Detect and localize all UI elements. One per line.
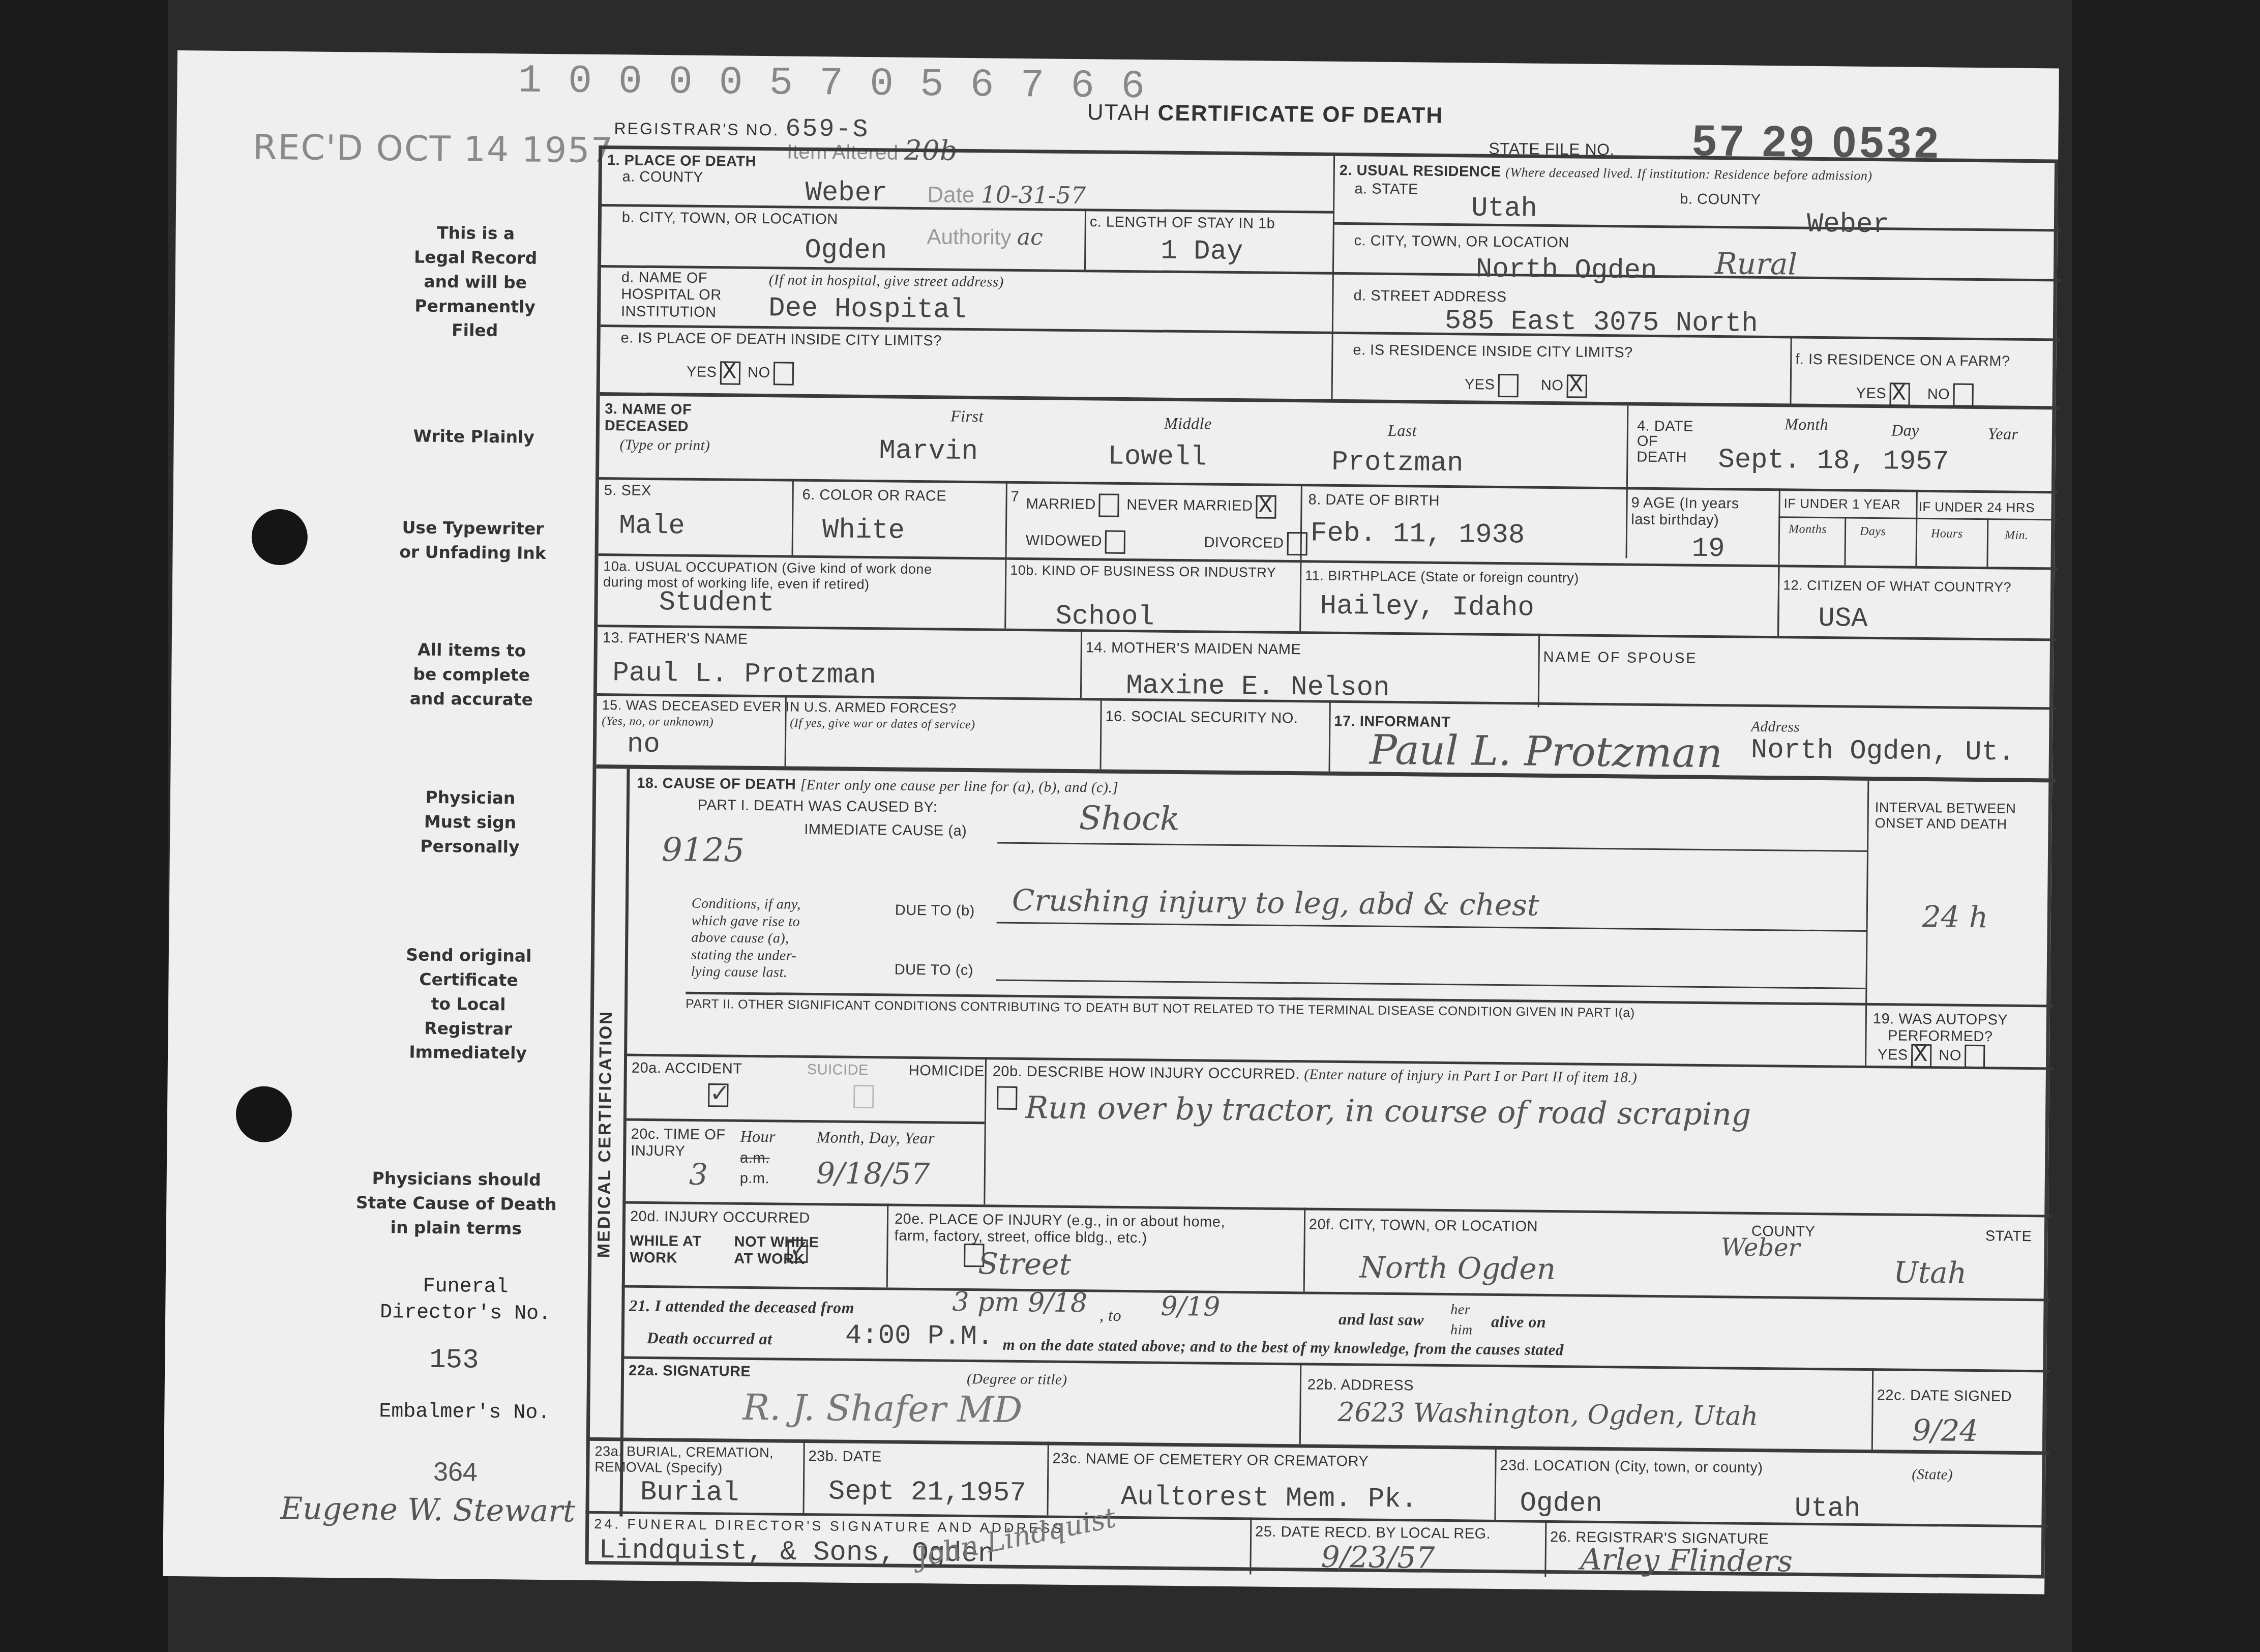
pod-inside-city-no-checkbox[interactable] xyxy=(773,362,793,385)
am-label: a.m. xyxy=(740,1150,770,1167)
margin-note-legal-record: This is a Legal Record and will be Perma… xyxy=(399,220,552,343)
marital-row-2: WIDOWED DIVORCED xyxy=(1026,529,1311,555)
divider xyxy=(586,1437,2049,1455)
divider xyxy=(1986,518,1988,567)
hour-field[interactable]: 3 xyxy=(689,1157,708,1192)
divider xyxy=(1334,222,2061,232)
middle-name-label: Middle xyxy=(1164,414,1212,433)
not-while-at-work-label: NOT WHILE AT WORK xyxy=(734,1234,819,1268)
divider xyxy=(802,1439,805,1513)
middle-name-field[interactable]: Lowell xyxy=(1108,441,1207,474)
married-checkbox[interactable] xyxy=(1099,493,1119,517)
degree-label: (Degree or title) xyxy=(967,1371,1067,1389)
hospital-label: d. NAME OF HOSPITAL OR INSTITUTION xyxy=(621,269,722,321)
embalmer-no-label: Embalmer's No. xyxy=(368,1400,561,1425)
birthplace-label: 11. BIRTHPLACE (State or foreign country… xyxy=(1305,568,1579,586)
place-of-injury-label: 20e. PLACE OF INJURY (e.g., in or about … xyxy=(895,1211,1226,1248)
divider xyxy=(792,479,794,555)
pod-inside-city-options: YES NO xyxy=(687,361,797,386)
burial-method-label: 23a. BURIAL, CREMATION, REMOVAL (Specify… xyxy=(594,1443,774,1477)
while-at-work-label: WHILE AT WORK xyxy=(630,1233,702,1267)
suicide-label: SUICIDE xyxy=(807,1061,869,1079)
date-recd-field[interactable]: 9/23/57 xyxy=(1321,1540,1435,1575)
divider xyxy=(1303,1207,1306,1291)
yes-label: YES xyxy=(1856,385,1887,402)
dob-label: 8. DATE OF BIRTH xyxy=(1308,491,1440,510)
mother-field[interactable]: Maxine E. Nelson xyxy=(1126,670,1390,704)
res-state-field[interactable]: Utah xyxy=(1471,193,1537,224)
pod-inside-city-label: e. IS PLACE OF DEATH INSIDE CITY LIMITS? xyxy=(620,330,942,349)
pod-county-label: a. COUNTY xyxy=(622,168,703,186)
armed-forces-field[interactable]: no xyxy=(627,729,660,761)
injury-date-field[interactable]: 9/18/57 xyxy=(816,1156,930,1191)
never-married-label: NEVER MARRIED xyxy=(1126,497,1253,514)
interval-field[interactable]: 24 h xyxy=(1922,899,1988,934)
cause-code: 9125 xyxy=(662,831,745,870)
divider xyxy=(1538,634,1540,707)
divider xyxy=(1299,1363,1302,1444)
length-of-stay-label: c. LENGTH OF STAY IN 1b xyxy=(1090,214,1275,232)
armed-forces-hint-b: (If yes, give war or dates of service) xyxy=(790,717,975,732)
funeral-director-no: 153 xyxy=(429,1345,479,1376)
place-of-injury-field[interactable]: Street xyxy=(978,1246,1071,1282)
death-time-field[interactable]: 4:00 P.M. xyxy=(845,1320,994,1353)
farm-yes-checkbox[interactable] xyxy=(1889,382,1910,406)
attended-label: 21. I attended the deceased from xyxy=(629,1296,854,1317)
min-label: Min. xyxy=(2005,529,2029,543)
embalmer-signature: Eugene W. Stewart xyxy=(280,1491,575,1529)
informant-address-field[interactable]: North Ogden, Ut. xyxy=(1751,735,2015,769)
no-label: NO xyxy=(748,364,770,380)
res-inside-city-options: YES NO xyxy=(1465,373,1590,398)
hospital-hint: (If not in hospital, give street address… xyxy=(769,272,1004,291)
sex-field[interactable]: Male xyxy=(619,510,685,542)
res-inside-city-no-checkbox[interactable] xyxy=(1566,374,1587,398)
res-inside-city-label: e. IS RESIDENCE INSIDE CITY LIMITS? xyxy=(1353,342,1633,362)
first-name-field[interactable]: Marvin xyxy=(879,435,978,467)
under-24-hrs-label: IF UNDER 24 HRS xyxy=(1918,499,2035,516)
no-label: NO xyxy=(1927,386,1950,402)
month-label: Month xyxy=(1785,415,1828,434)
punch-hole-bottom xyxy=(235,1086,292,1142)
injury-county-field[interactable]: Weber xyxy=(1720,1233,1800,1262)
death-statement: m on the date stated above; and to the b… xyxy=(1002,1336,1563,1359)
divider xyxy=(1865,781,1869,1066)
margin-note-complete: All items to be complete and accurate xyxy=(390,637,553,712)
birthplace-field[interactable]: Hailey, Idaho xyxy=(1320,591,1534,624)
serial-number: 1000057056766 xyxy=(518,58,1171,109)
divider xyxy=(1544,1520,1547,1577)
autopsy-label: 19. WAS AUTOPSY PERFORMED? xyxy=(1872,1011,2008,1046)
divider xyxy=(1299,484,1302,631)
punch-hole-top xyxy=(251,509,308,565)
age-field[interactable]: 19 xyxy=(1691,534,1724,565)
divider xyxy=(623,1118,985,1125)
interval-label: INTERVAL BETWEEN ONSET AND DEATH xyxy=(1875,800,2016,833)
res-city-label: c. CITY, TOWN, OR LOCATION xyxy=(1354,232,1569,251)
armed-forces-label: 15. WAS DECEASED EVER IN U.S. ARMED FORC… xyxy=(602,697,957,717)
divider xyxy=(1494,1446,1496,1520)
last-name-label: Last xyxy=(1388,421,1417,440)
divider xyxy=(997,842,1867,852)
place-of-death-heading: 1. PLACE OF DEATH xyxy=(607,152,756,170)
death-occurred-label: Death occurred at xyxy=(647,1329,772,1348)
ssn-label: 16. SOCIAL SECURITY NO. xyxy=(1105,709,1298,727)
registrar-signature: Arley Flinders xyxy=(1580,1542,1793,1579)
res-inside-city-yes-checkbox[interactable] xyxy=(1498,374,1518,397)
funeral-director-signature: John Lindquist xyxy=(913,1501,1119,1573)
occupation-field[interactable]: Student xyxy=(659,587,774,619)
first-name-label: First xyxy=(950,407,984,426)
margin-note-send-original: Send original Certificate to Local Regis… xyxy=(381,942,555,1066)
injury-state-field[interactable]: Utah xyxy=(1893,1255,1967,1290)
location-label: 23d. LOCATION (City, town, or county) xyxy=(1500,1457,1763,1477)
date-of-death-field[interactable]: Sept. 18, 1957 xyxy=(1718,445,1949,478)
divider xyxy=(1871,1368,1874,1450)
conditions-label: Conditions, if any, which gave rise to a… xyxy=(691,895,800,982)
hours-label: Hours xyxy=(1931,527,1963,541)
part1-label: PART I. DEATH WAS CAUSED BY: xyxy=(698,797,938,816)
date-signed-label: 22c. DATE SIGNED xyxy=(1877,1387,2012,1405)
describe-injury-field[interactable]: Run over by tractor, in course of road s… xyxy=(1025,1089,1992,1136)
divorced-checkbox[interactable] xyxy=(1287,532,1307,555)
location-state-label: (State) xyxy=(1912,1466,1953,1484)
name-label: 3. NAME OF DECEASED xyxy=(605,401,692,435)
divider xyxy=(1331,156,1335,400)
never-married-checkbox[interactable] xyxy=(1256,495,1276,518)
age-label: 9 AGE (In years last birthday) xyxy=(1631,494,1739,529)
pod-city-field[interactable]: Ogden xyxy=(805,235,887,267)
yes-label: YES xyxy=(687,364,717,380)
divider xyxy=(600,392,2060,410)
burial-date-field[interactable]: Sept 21,1957 xyxy=(828,1476,1026,1509)
amend-date-value: 10-31-57 xyxy=(980,181,1086,209)
margin-note-write-plainly: Write Plainly xyxy=(388,424,560,450)
res-state-label: a. STATE xyxy=(1354,181,1418,198)
res-street-label: d. STREET ADDRESS xyxy=(1353,287,1507,306)
divider xyxy=(1004,481,1007,629)
suicide-checkbox[interactable] xyxy=(854,1085,874,1108)
citizen-field[interactable]: USA xyxy=(1818,603,1868,635)
divider xyxy=(1084,209,1086,270)
signature-label: 22a. SIGNATURE xyxy=(629,1363,751,1381)
divider xyxy=(1626,405,1629,558)
hour-label: Hour xyxy=(740,1127,776,1146)
mother-label: 14. MOTHER'S MAIDEN NAME xyxy=(1086,639,1301,658)
divider xyxy=(1790,336,1792,404)
injury-state-label: STATE xyxy=(1985,1228,2032,1245)
authority: Authority ac xyxy=(927,223,1043,250)
date-signed-field[interactable]: 9/24 xyxy=(1912,1413,1979,1448)
res-city-field[interactable]: North Ogden xyxy=(1476,254,1657,287)
divider xyxy=(1328,700,1330,772)
due-to-b-field[interactable]: Crushing injury to leg, abd & chest xyxy=(1012,883,1724,924)
title-state: UTAH xyxy=(1087,100,1151,125)
accident-label: 20a. ACCIDENT xyxy=(632,1060,742,1078)
injury-city-label: 20f. CITY, TOWN, OR LOCATION xyxy=(1309,1216,1538,1235)
pm-label: p.m. xyxy=(740,1170,770,1188)
attended-from-field[interactable]: 3 pm 9/18 xyxy=(952,1287,1087,1319)
physician-address-field[interactable]: 2623 Washington, Ogden, Utah xyxy=(1337,1397,1758,1432)
hospital-field[interactable]: Dee Hospital xyxy=(768,293,966,326)
divider xyxy=(1047,1442,1049,1516)
attended-to-field[interactable]: 9/19 xyxy=(1161,1291,1220,1322)
divider xyxy=(619,769,630,1517)
father-label: 13. FATHER'S NAME xyxy=(603,630,748,648)
months-label: Months xyxy=(1789,522,1827,537)
usual-residence-heading: 2. USUAL RESIDENCE (Where deceased lived… xyxy=(1340,162,2051,186)
funeral-director-no-label: Funeral Director's No. xyxy=(379,1273,552,1327)
under-1-year-label: IF UNDER 1 YEAR xyxy=(1783,496,1900,512)
dob-field[interactable]: Feb. 11, 1938 xyxy=(1311,518,1525,551)
autopsy-yes-checkbox[interactable] xyxy=(1911,1044,1931,1068)
homicide-checkbox[interactable] xyxy=(997,1086,1017,1110)
divider xyxy=(1778,516,2058,520)
immediate-cause-label: IMMEDIATE CAUSE (a) xyxy=(804,821,967,840)
embalmer-no: 364 xyxy=(433,1457,478,1488)
married-label: MARRIED xyxy=(1026,496,1096,513)
yes-label: YES xyxy=(1465,376,1495,393)
mdy-label: Month, Day, Year xyxy=(816,1128,935,1147)
certificate-title: UTAH CERTIFICATE OF DEATH xyxy=(1087,100,1444,129)
divider xyxy=(1250,1517,1252,1574)
amend-date-label: Date xyxy=(927,182,974,208)
divorced-label: DIVORCED xyxy=(1204,534,1284,551)
her-label: her xyxy=(1450,1302,1470,1318)
farm-options: YES NO xyxy=(1856,382,1976,407)
burial-method-field[interactable]: Burial xyxy=(640,1477,739,1509)
divider xyxy=(1080,629,1082,698)
due-to-c-label: DUE TO (c) xyxy=(895,962,974,980)
widowed-checkbox[interactable] xyxy=(1105,530,1125,554)
location-city-field[interactable]: Ogden xyxy=(1520,1488,1602,1520)
margin-note-physician-sign: Physician Must sign Personally xyxy=(389,785,552,860)
location-state-field[interactable]: Utah xyxy=(1794,1493,1860,1525)
farm-no-checkbox[interactable] xyxy=(1953,383,1973,407)
pod-inside-city-yes-checkbox[interactable] xyxy=(720,361,740,385)
year-label: Year xyxy=(1988,424,2018,443)
alive-on-label: alive on xyxy=(1491,1312,1546,1332)
divider xyxy=(1100,698,1102,769)
accident-checkbox[interactable] xyxy=(708,1083,728,1107)
citizen-label: 12. CITIZEN OF WHAT COUNTRY? xyxy=(1783,577,2011,595)
res-city-note: Rural xyxy=(1715,246,1798,282)
homicide-label: HOMICIDE xyxy=(909,1063,985,1080)
scanner-edge-right xyxy=(2072,0,2260,1652)
res-street-field[interactable]: 585 East 3075 North xyxy=(1445,306,1758,340)
divider xyxy=(996,980,1866,989)
received-stamp: REC'D OCT 14 1957 xyxy=(253,127,614,171)
father-field[interactable]: Paul L. Protzman xyxy=(612,658,876,691)
armed-forces-hint-a: (Yes, no, or unknown) xyxy=(602,715,713,730)
divider xyxy=(997,922,1866,932)
informant-address-label: Address xyxy=(1751,719,1800,736)
due-to-b-label: DUE TO (b) xyxy=(895,902,975,920)
date-of-death-label: 4. DATE OF DEATH xyxy=(1637,419,1693,465)
days-label: Days xyxy=(1860,525,1886,539)
title-text: CERTIFICATE OF DEATH xyxy=(1157,101,1443,128)
spouse-label: NAME OF SPOUSE xyxy=(1543,649,1698,667)
marital-num: 7 xyxy=(1010,489,1019,506)
name-hint: (Type or print) xyxy=(619,436,710,454)
authority-label: Authority xyxy=(927,224,1011,249)
length-of-stay-field[interactable]: 1 Day xyxy=(1161,236,1243,268)
farm-label: f. IS RESIDENCE ON A FARM? xyxy=(1795,351,2010,370)
marital-row-1: MARRIED NEVER MARRIED xyxy=(1026,493,1279,519)
informant-signature: Paul L. Protzman xyxy=(1369,726,1722,777)
sex-label: 5. SEX xyxy=(604,482,652,499)
race-field[interactable]: White xyxy=(822,515,905,547)
margin-note-typewriter: Use Typewriter or Unfading Ink xyxy=(376,515,570,566)
divider xyxy=(1777,565,1779,636)
day-label: Day xyxy=(1891,421,1919,439)
divider xyxy=(1915,490,1917,566)
injury-city-field[interactable]: North Ogden xyxy=(1359,1250,1556,1286)
no-label: NO xyxy=(1541,377,1564,393)
margin-note-cause-plain: Physicians should State Cause of Death i… xyxy=(339,1166,574,1241)
injury-occurred-label: 20d. INJURY OCCURRED xyxy=(630,1208,810,1227)
scanner-edge-left xyxy=(0,0,168,1652)
divider xyxy=(622,1201,2051,1218)
time-of-injury-label: 20c. TIME OF INJURY xyxy=(631,1126,726,1161)
pod-city-label: b. CITY, TOWN, OR LOCATION xyxy=(622,209,838,228)
last-name-field[interactable]: Protzman xyxy=(1331,447,1464,479)
race-label: 6. COLOR OR RACE xyxy=(802,487,947,505)
yes-label: YES xyxy=(1878,1047,1908,1064)
address-label: 22b. ADDRESS xyxy=(1307,1376,1414,1394)
certificate-page: 1000057056766 UTAH CERTIFICATE OF DEATH … xyxy=(163,50,2059,1594)
cemetery-field[interactable]: Aultorest Mem. Pk. xyxy=(1120,1482,1417,1516)
registrars-no-label: REGISTRAR'S NO. xyxy=(614,119,779,139)
no-label: NO xyxy=(1939,1047,1961,1064)
res-county-label: b. COUNTY xyxy=(1680,191,1761,209)
to-label: , to xyxy=(1099,1306,1121,1325)
pod-county-field[interactable]: Weber xyxy=(805,178,888,210)
form-grid: 1. PLACE OF DEATH a. COUNTY Weber Date 1… xyxy=(585,145,2058,1578)
autopsy-options: YES NO xyxy=(1878,1044,1988,1068)
business-label: 10b. KIND OF BUSINESS OR INDUSTRY xyxy=(1010,563,1276,581)
immediate-cause-field[interactable]: Shock xyxy=(1079,800,1180,838)
divider xyxy=(621,1356,2050,1372)
him-label: him xyxy=(1450,1322,1473,1339)
burial-date-label: 23b. DATE xyxy=(808,1448,882,1466)
last-saw-label: and last saw xyxy=(1339,1310,1424,1329)
autopsy-no-checkbox[interactable] xyxy=(1965,1045,1985,1068)
divider xyxy=(886,1203,889,1287)
amend-date: Date 10-31-57 xyxy=(927,180,1086,209)
cemetery-label: 23c. NAME OF CEMETERY OR CREMATORY xyxy=(1052,1451,1369,1470)
widowed-label: WIDOWED xyxy=(1026,533,1102,549)
physician-signature: R. J. Shafer MD xyxy=(742,1386,1023,1431)
medical-certification-label: MEDICAL CERTIFICATION xyxy=(594,1010,616,1258)
business-field[interactable]: School xyxy=(1055,601,1154,633)
divider xyxy=(1844,517,1846,566)
res-county-field[interactable]: Weber xyxy=(1807,209,1890,241)
authority-value: ac xyxy=(1017,224,1043,250)
